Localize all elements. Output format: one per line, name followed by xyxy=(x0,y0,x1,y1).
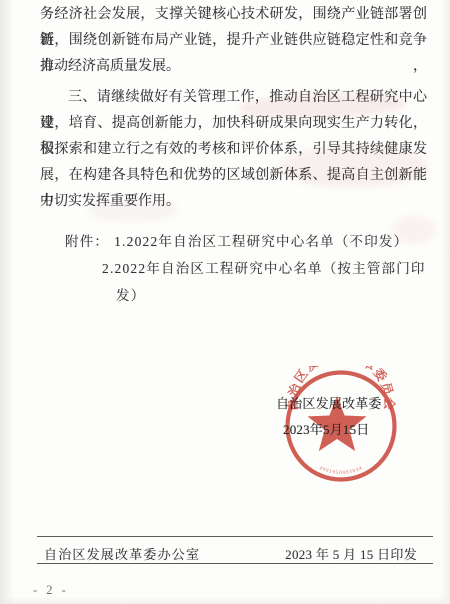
footer-row: 自治区发展改革委办公室 2023 年 5 月 15 日印发 xyxy=(44,544,417,562)
footer-divider-top xyxy=(37,536,433,537)
seal-serial-text: 4901950003034 xyxy=(318,466,364,476)
page-number: - 2 - xyxy=(33,583,69,598)
attachment-item-2-continued: 发） xyxy=(65,282,435,309)
attachment-item-1: 1.2022年自治区工程研究中心名单（不印发） xyxy=(114,234,408,249)
scanned-document-page: 务经济社会发展，支撑关键核心技术研发，围绕产业链部署创新 链，围绕创新链布局产业… xyxy=(0,0,450,604)
attachment-item-2: 2.2022年自治区工程研究中心名单（按主管部门印 xyxy=(65,255,435,282)
attachment-line: 附件：1.2022年自治区工程研究中心名单（不印发） xyxy=(65,228,435,255)
attachments-block: 附件：1.2022年自治区工程研究中心名单（不印发） 2.2022年自治区工程研… xyxy=(65,228,435,309)
body-line: 极探索和建立行之有效的考核和评价体系，引导其持续健康发 xyxy=(40,137,427,163)
issuer-name: 自治区发展改革委 xyxy=(276,393,382,412)
document-body: 务经济社会发展，支撑关键核心技术研发，围绕产业链部署创新 链，围绕创新链布局产业… xyxy=(40,2,427,215)
footer-print-date: 2023 年 5 月 15 日印发 xyxy=(285,544,417,563)
body-line: 三、请继续做好有关管理工作，推动自治区工程研究中心建 xyxy=(40,85,427,111)
body-line: 中切实发挥重要作用。 xyxy=(40,189,427,215)
footer-divider-bottom xyxy=(37,563,433,564)
issue-date: 2023年5月15日 xyxy=(283,419,370,438)
body-line: 务经济社会发展，支撑关键核心技术研发，围绕产业链部署创新 xyxy=(40,2,427,28)
attachments-label: 附件： xyxy=(65,234,109,249)
body-line: 链，围绕创新链布局产业链，提升产业链供应链稳定性和竞争力， xyxy=(40,28,427,54)
footer-office-name: 自治区发展改革委办公室 xyxy=(44,544,200,563)
body-line: 设，培育、提高创新能力，加快科研成果向现实生产力转化，积 xyxy=(40,111,427,137)
body-line: 展，在构建各具特色和优势的区域创新体系、提高自主创新能力 xyxy=(40,163,427,189)
